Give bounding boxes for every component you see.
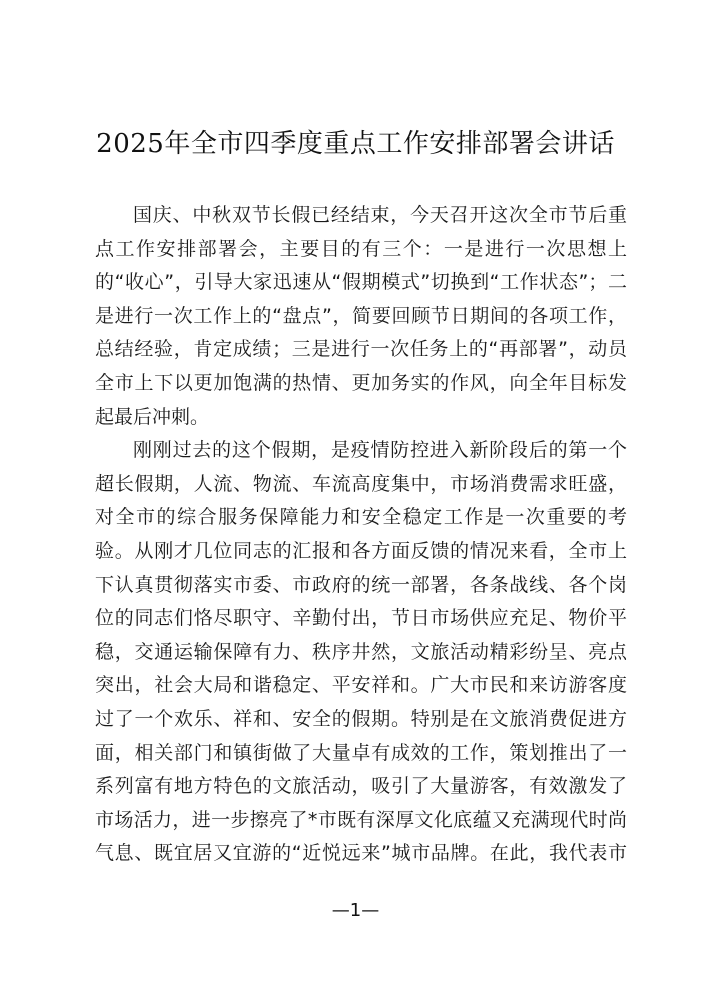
text-line: 气息、既宜居又宜游的“近悦远来”城市品牌。在此，我代表市 <box>95 837 627 871</box>
text-line: 过了一个欢乐、祥和、安全的假期。特别是在文旅消费促进方 <box>95 703 627 737</box>
text-line: 突出，社会大局和谐稳定、平安祥和。广大市民和来访游客度 <box>95 669 627 703</box>
text-line: 系列富有地方特色的文旅活动，吸引了大量游客，有效激发了 <box>95 770 627 804</box>
text-line: 的“收心”，引导大家迅速从“假期模式”切换到“工作状态”；二 <box>95 266 627 300</box>
text-line: 全市上下以更加饱满的热情、更加务实的作风，向全年目标发 <box>95 367 627 401</box>
text-line: 起最后冲刺。 <box>95 401 627 435</box>
text-line: 验。从刚才几位同志的汇报和各方面反馈的情况来看，全市上 <box>95 535 627 569</box>
text-line: 市场活力，进一步擦亮了*市既有深厚文化底蕴又充满现代时尚 <box>95 804 627 838</box>
text-line: 位的同志们恪尽职守、辛勤付出，节日市场供应充足、物价平 <box>95 602 627 636</box>
paragraph-1: 国庆、中秋双节长假已经结束，今天召开这次全市节后重 点工作安排部署会，主要目的有… <box>95 199 627 434</box>
text-line: 超长假期，人流、物流、车流高度集中，市场消费需求旺盛， <box>95 468 627 502</box>
text-line: 国庆、中秋双节长假已经结束，今天召开这次全市节后重 <box>95 199 627 233</box>
text-line: 下认真贯彻落实市委、市政府的统一部署，各条战线、各个岗 <box>95 569 627 603</box>
text-line: 是进行一次工作上的“盘点”，简要回顾节日期间的各项工作， <box>95 300 627 334</box>
document-body: 国庆、中秋双节长假已经结束，今天召开这次全市节后重 点工作安排部署会，主要目的有… <box>95 199 627 871</box>
text-line: 稳，交通运输保障有力、秩序井然，文旅活动精彩纷呈、亮点 <box>95 636 627 670</box>
text-line: 刚刚过去的这个假期，是疫情防控进入新阶段后的第一个 <box>95 434 627 468</box>
text-line: 对全市的综合服务保障能力和安全稳定工作是一次重要的考 <box>95 501 627 535</box>
text-line: 面，相关部门和镇街做了大量卓有成效的工作，策划推出了一 <box>95 737 627 771</box>
paragraph-2: 刚刚过去的这个假期，是疫情防控进入新阶段后的第一个 超长假期，人流、物流、车流高… <box>95 434 627 871</box>
document-page: 2025年全市四季度重点工作安排部署会讲话 国庆、中秋双节长假已经结束，今天召开… <box>0 0 711 1006</box>
text-line: 点工作安排部署会，主要目的有三个：一是进行一次思想上 <box>95 233 627 267</box>
page-number: —1— <box>0 900 711 921</box>
document-title: 2025年全市四季度重点工作安排部署会讲话 <box>0 126 711 162</box>
text-line: 总结经验，肯定成绩；三是进行一次任务上的“再部署”，动员 <box>95 333 627 367</box>
